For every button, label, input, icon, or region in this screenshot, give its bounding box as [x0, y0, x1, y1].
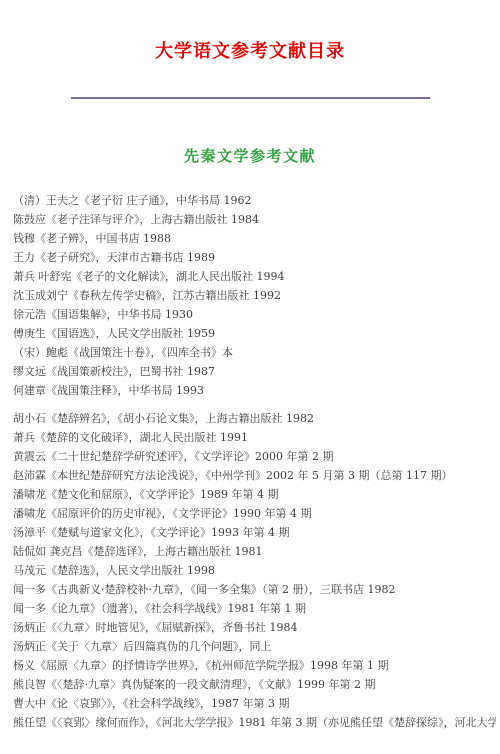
bibliography-group: 胡小石《楚辞辨名》，《胡小石论文集》，上海古籍出版社 1982萧兵《楚辞的文化破…	[13, 409, 496, 732]
bibliography-entry: 汤漳平《楚赋与道家文化》，《文学评论》1993 年第 4 期	[13, 523, 496, 542]
bibliography-entry: 赵沛霖《本世纪楚辞研究方法论浅说》，《中州学刊》2002 年 5 月第 3 期（…	[13, 466, 496, 485]
bibliography-entry: 胡小石《楚辞辨名》，《胡小石论文集》，上海古籍出版社 1982	[13, 409, 496, 428]
bibliography-entry: 沈玉成刘宁《春秋左传学史稿》，江苏古籍出版社 1992	[13, 286, 496, 305]
document-page: 大学语文参考文献目录 先秦文学参考文献 （清）王夫之《老子衍 庄子通》，中华书局…	[0, 0, 500, 754]
bibliography-entry: 钱穆《老子辨》，中国书店 1988	[13, 229, 496, 248]
bibliography-entry: 徐元浩《国语集解》，中华书局 1930	[13, 305, 496, 324]
bibliography-group: （清）王夫之《老子衍 庄子通》，中华书局 1962陈鼓应《老子注译与评介》，上海…	[13, 191, 496, 400]
bibliography-entry: 汤炳正《关于〈九章〉后四篇真伪的几个问题》，同上	[13, 637, 496, 656]
bibliography-entry: 熊良智《〈楚辞·九章〉真伪疑案的一段文献清理》，《文献》1999 年第 2 期	[13, 675, 496, 694]
bibliography-entry: 傅庚生《国语选》，人民文学出版社 1959	[13, 324, 496, 343]
bibliography-entry: 黄震云《二十世纪楚辞学研究述评》，《文学评论》2000 年第 2 期	[13, 447, 496, 466]
bibliography-entry: 马茂元《楚辞选》，人民文学出版社 1998	[13, 561, 496, 580]
bibliography-entry: 萧兵 叶舒宪《老子的文化解读》，湖北人民出版社 1994	[13, 267, 496, 286]
bibliography-entry: 熊任望《〈哀郢〉缘何而作》，《河北大学学报》1981 年第 3 期（亦见熊任望《…	[13, 713, 496, 732]
bibliography-entry: 萧兵《楚辞的文化破译》，湖北人民出版社 1991	[13, 428, 496, 447]
section-heading: 先秦文学参考文献	[0, 145, 500, 166]
bibliography-entry: 潘啸龙《屈原评价的历史审视》，《文学评论》1990 年第 4 期	[13, 504, 496, 523]
bibliography-entry: 陈鼓应《老子注译与评介》，上海古籍出版社 1984	[13, 210, 496, 229]
horizontal-divider	[71, 97, 430, 99]
bibliography-entry: 何建章《战国策注释》，中华书局 1993	[13, 381, 496, 400]
bibliography-entry: 曹大中《论〈哀郢〉》，《社会科学战线》，1987 年第 3 期	[13, 694, 496, 713]
bibliography-entry: 汤炳正《〈九章〉时地管见》，《屈赋新探》，齐鲁书社 1984	[13, 618, 496, 637]
bibliography-entry: 闻一多《古典新义·楚辞校补·九章》，《闻一多全集》（第 2 册），三联书店 19…	[13, 580, 496, 599]
page-title: 大学语文参考文献目录	[0, 0, 500, 63]
bibliography-entry: 王力《老子研究》，天津市古籍书店 1989	[13, 248, 496, 267]
bibliography-entry: 闻一多《论九章》（遗著），《社会科学战线》1981 年第 1 期	[13, 599, 496, 618]
bibliography-entry: 缪文远《战国策新校注》，巴蜀书社 1987	[13, 362, 496, 381]
bibliography-entry: （清）王夫之《老子衍 庄子通》，中华书局 1962	[13, 191, 496, 210]
bibliography-entry: 潘啸龙《楚文化和屈原》，《文学评论》1989 年第 4 期	[13, 485, 496, 504]
bibliography-list: （清）王夫之《老子衍 庄子通》，中华书局 1962陈鼓应《老子注译与评介》，上海…	[0, 191, 500, 732]
bibliography-entry: 陆侃如 龚克昌《楚辞选译》，上海古籍出版社 1981	[13, 542, 496, 561]
bibliography-entry: 杨义《屈原〈九章〉的抒情诗学世界》，《杭州师范学院学报》1998 年第 1 期	[13, 656, 496, 675]
bibliography-entry: （宋）鲍彪《战国策注十卷》，《四库全书》本	[13, 343, 496, 362]
